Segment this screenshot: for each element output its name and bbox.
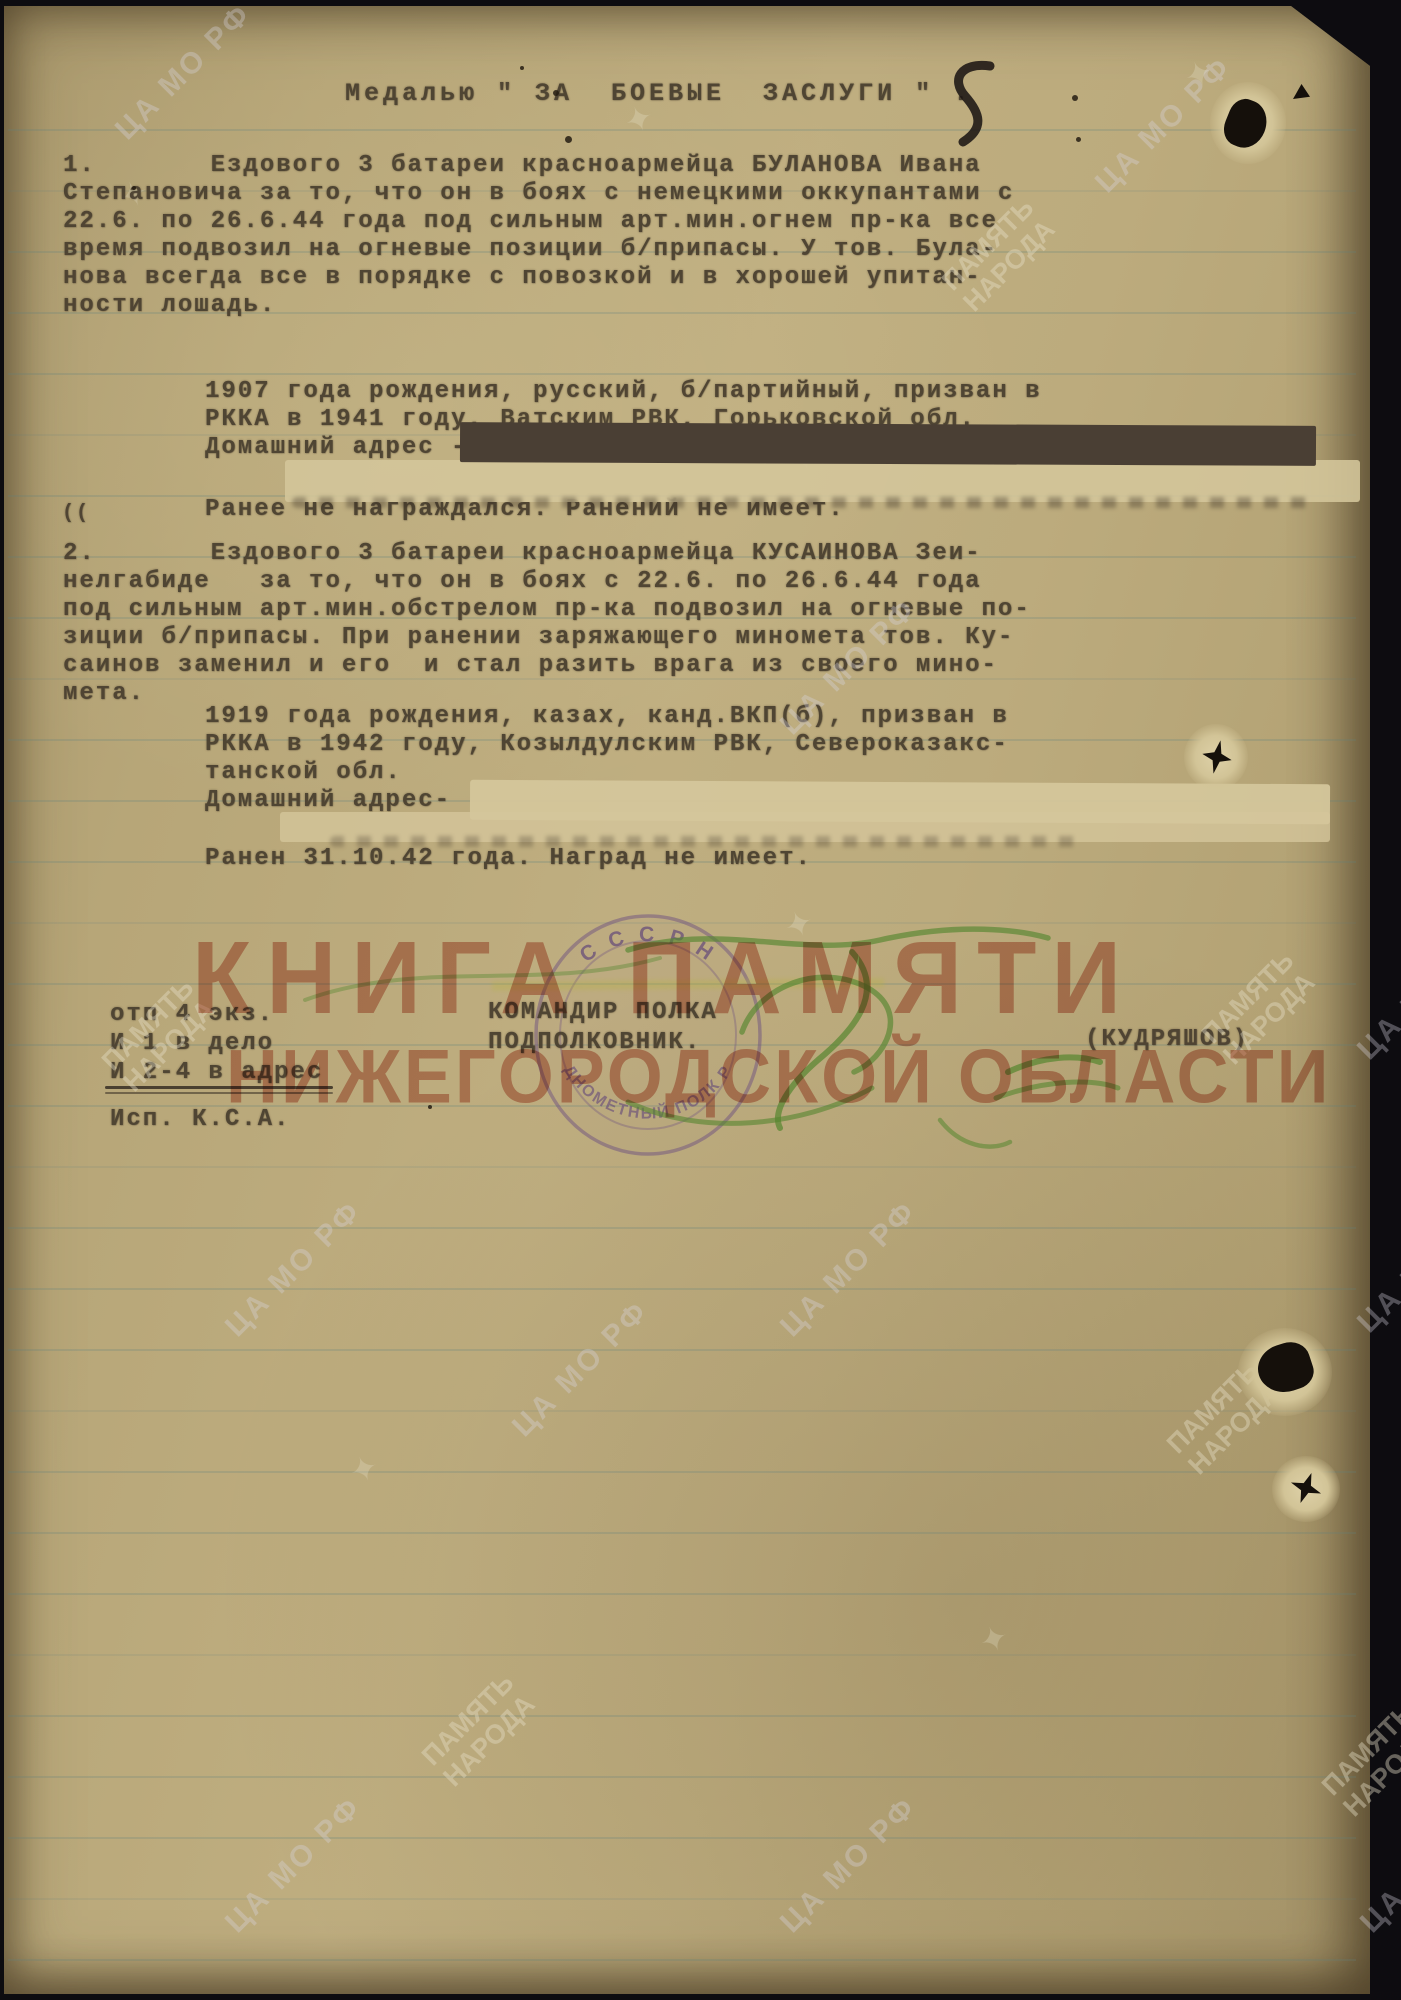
margin-mark: (( (62, 502, 90, 526)
typed-line: 1. Ездового 3 батареи красноармейца БУЛА… (63, 152, 1014, 180)
censored-text-trace-1 (292, 497, 1312, 508)
dust-speck (565, 136, 572, 143)
dust-speck (553, 90, 559, 96)
typed-line: ПОДПОЛКОВНИК. (488, 1028, 718, 1058)
dust-speck (428, 1105, 432, 1109)
item-2-note: Ранен 31.10.42 года. Наград не имеет. (205, 845, 812, 873)
typed-line: 2. Ездового 3 батареи красноармейца КУСА… (63, 540, 1031, 568)
typed-line: Медалью " ЗА БОЕВЫЕ ЗАСЛУГИ " . (345, 80, 972, 108)
typed-line: И 1 в дело (110, 1029, 323, 1058)
typed-line: саинов заменил и его и стал разить врага… (63, 652, 1031, 680)
executor-line: Исп. К.С.А. (110, 1106, 290, 1134)
title-line: Медалью " ЗА БОЕВЫЕ ЗАСЛУГИ " . (345, 80, 972, 108)
ink-blot-mark (935, 58, 1005, 153)
typed-line: 1919 года рождения, казах, канд.ВКП(б), … (205, 703, 1009, 731)
typed-line: 22.6. по 26.6.44 года под сильным арт.ми… (63, 208, 1014, 236)
copies-block: отп 4 экз.И 1 в делоИ 2-4 в адрес (110, 1000, 323, 1087)
typed-line: ности лошадь. (63, 292, 1014, 320)
typed-line: (КУДРЯШОВ) (1085, 1026, 1249, 1054)
censored-text-trace-2 (330, 836, 1080, 847)
commander-name: (КУДРЯШОВ) (1085, 1026, 1249, 1054)
dust-speck (1076, 137, 1081, 142)
typed-line: 1907 года рождения, русский, б/партийный… (205, 378, 1042, 406)
typed-line: нелгабиде за то, что он в боях с 22.6. п… (63, 568, 1031, 596)
typed-line: (( (62, 502, 90, 526)
typed-line: РККА в 1942 году, Козылдулским РВК, Севе… (205, 731, 1009, 759)
dust-speck (1072, 95, 1078, 101)
commander-block: КОМАНДИР ПОЛКАПОДПОЛКОВНИК. (488, 998, 718, 1058)
typed-line: И 2-4 в адрес (110, 1058, 323, 1087)
typed-line: под сильным арт.мин.обстрелом пр-ка подв… (63, 596, 1031, 624)
typed-line: Ранен 31.10.42 года. Наград не имеет. (205, 845, 812, 873)
typed-line: Степановича за то, что он в боях с немец… (63, 180, 1014, 208)
item-1: 1. Ездового 3 батареи красноармейца БУЛА… (63, 152, 1014, 320)
scanned-document-page: С С С Р Н ДНОМЕТНЫЙ ПОЛК Р (0, 0, 1401, 2000)
typed-line: отп 4 экз. (110, 1000, 323, 1029)
dust-speck (520, 66, 524, 70)
typed-line: КОМАНДИР ПОЛКА (488, 998, 718, 1028)
typed-line: время подвозил на огневые позиции б/прип… (63, 236, 1014, 264)
distribution-underline-2 (105, 1092, 333, 1094)
redaction-light-band-1 (285, 460, 1360, 502)
typed-line: Исп. К.С.А. (110, 1106, 290, 1134)
redaction-black-bar (460, 422, 1316, 466)
typed-line: зиции б/припасы. При ранении заряжающего… (63, 624, 1031, 652)
item-2: 2. Ездового 3 батареи красноармейца КУСА… (63, 540, 1031, 708)
typed-line: нова всегда все в порядке с повозкой и в… (63, 264, 1014, 292)
dust-speck (132, 186, 136, 190)
